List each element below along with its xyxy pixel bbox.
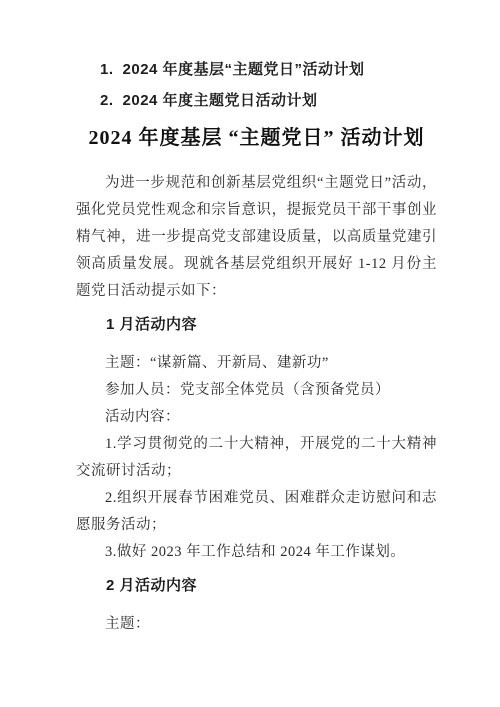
section-february: 2 月活动内容 主题： (76, 572, 437, 638)
list-item-number: 2. (100, 85, 114, 116)
section-paragraph-theme: 主题： (76, 611, 437, 638)
section-paragraph-content-label: 活动内容： (76, 404, 437, 431)
section-paragraph-item-2: 2.组织开展春节困难党员、困难群众走访慰问和志愿服务活动； (76, 485, 437, 539)
list-item: 2. 2024 年度主题党日活动计划 (100, 85, 437, 116)
list-item-label: 2024 年度主题党日活动计划 (123, 85, 318, 116)
section-january: 1 月活动内容 主题：“谋新篇、开新局、建新功” 参加人员：党支部全体党员（含预… (76, 311, 437, 566)
section-paragraph-item-3: 3.做好 2023 年工作总结和 2024 年工作谋划。 (76, 539, 437, 566)
list-item: 1. 2024 年度基层“主题党日”活动计划 (100, 54, 437, 85)
document-page: 1. 2024 年度基层“主题党日”活动计划 2. 2024 年度主题党日活动计… (0, 0, 500, 707)
document-title: 2024 年度基层 “主题党日” 活动计划 (76, 124, 437, 152)
list-item-number: 1. (100, 54, 114, 85)
section-heading: 1 月活动内容 (76, 311, 437, 338)
document-list: 1. 2024 年度基层“主题党日”活动计划 2. 2024 年度主题党日活动计… (100, 54, 437, 116)
section-paragraph-item-1: 1.学习贯彻党的二十大精神，开展党的二十大精神交流研讨活动； (76, 431, 437, 485)
list-item-label: 2024 年度基层“主题党日”活动计划 (123, 54, 365, 85)
intro-paragraph: 为进一步规范和创新基层党组织“主题党日”活动，强化党员党性观念和宗旨意识，提振党… (76, 170, 437, 305)
section-paragraph-theme: 主题：“谋新篇、开新局、建新功” (76, 350, 437, 377)
section-heading: 2 月活动内容 (76, 572, 437, 599)
section-paragraph-participants: 参加人员：党支部全体党员（含预备党员） (76, 377, 437, 404)
